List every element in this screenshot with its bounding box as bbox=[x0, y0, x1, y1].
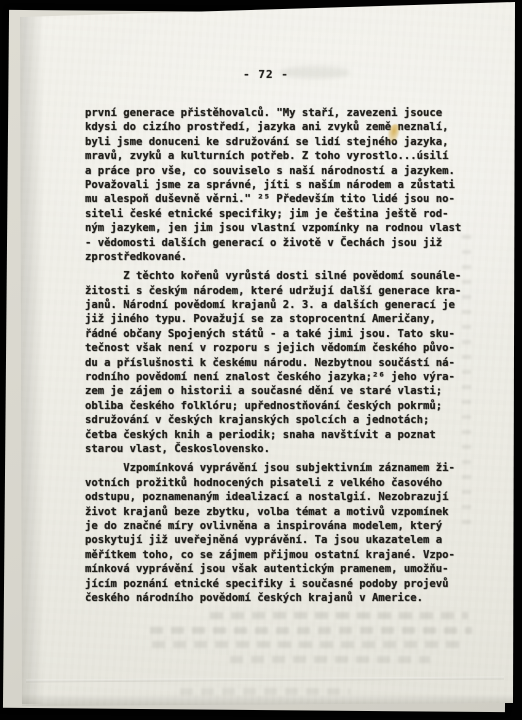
text-line: zprostředkované. bbox=[85, 250, 467, 264]
text-line: ným jazykem, jen jim jsou vlastní vzpomí… bbox=[85, 221, 467, 235]
header-smudge bbox=[280, 66, 350, 79]
text-line: sdružování v českých krajanských spolcíc… bbox=[85, 413, 467, 427]
text-line: měřítkem toho, co se zájmem přijmou osta… bbox=[85, 548, 467, 562]
paragraph: první generace přistěhovalců. "My staří,… bbox=[85, 106, 467, 264]
text-line: siteli české etnické specifiky; jim je č… bbox=[85, 207, 467, 221]
text-line: - vědomosti dalších generací o životě v … bbox=[85, 236, 467, 250]
body-text: první generace přistěhovalců. "My staří,… bbox=[85, 106, 467, 605]
bleedthrough-margin-column bbox=[462, 228, 471, 524]
text-line: rodního povědomí není znalost českého ja… bbox=[85, 370, 467, 384]
text-line: mínková vyprávění jsou však autentickým … bbox=[85, 562, 467, 576]
bleedthrough-line bbox=[210, 612, 468, 619]
text-line: byli jsme donuceni ke sdružování se lidí… bbox=[85, 135, 467, 149]
text-line: mu alespoň duševně věrni." ²⁵ Především … bbox=[85, 192, 467, 206]
text-line: votních prožitků hodnocených pisateli z … bbox=[85, 476, 467, 490]
text-line: jícím poznání etnické specifiky i součas… bbox=[85, 577, 467, 591]
text-line: starou vlast, Československo. bbox=[85, 442, 467, 456]
scan-background: - 72 - první generace přistěhovalců. "My… bbox=[0, 0, 522, 720]
text-line: již jiného typu. Považují se za stoproce… bbox=[85, 312, 467, 326]
text-line: je do značné míry ovlivněna a inspirován… bbox=[85, 519, 467, 533]
text-line: obliba českého folklóru; upřednostňování… bbox=[85, 399, 467, 413]
text-line: Vzpomínková vyprávění jsou subjektivním … bbox=[85, 461, 467, 475]
page-left-shading bbox=[18, 10, 44, 704]
text-line: Z těchto kořenů vyrůstá dosti silné pově… bbox=[85, 269, 467, 283]
text-line: českého národního povědomí českých kraja… bbox=[85, 591, 467, 605]
text-line: zem je zájem o historii a současné dění … bbox=[85, 384, 467, 398]
paragraph: Z těchto kořenů vyrůstá dosti silné pově… bbox=[85, 269, 467, 456]
text-line: žitosti s českým národem, které udržují … bbox=[85, 284, 467, 298]
paragraph: Vzpomínková vyprávění jsou subjektivním … bbox=[85, 461, 467, 605]
bleedthrough-line bbox=[180, 688, 350, 695]
paper-crease bbox=[26, 677, 504, 683]
bleedthrough-line bbox=[230, 656, 430, 663]
text-line: a práce pro vše, co souviselo s naší nár… bbox=[85, 164, 467, 178]
text-line: tečnost však není v rozporu s jejich věd… bbox=[85, 341, 467, 355]
text-line: řádné občany Spojených států - a také ji… bbox=[85, 327, 467, 341]
text-line: kdysi do cizího prostředí, jazyka ani zv… bbox=[85, 120, 467, 134]
text-line: du a příslušnosti k českému národu. Nezb… bbox=[85, 356, 467, 370]
text-line: mravů, zvyků a kulturních potřeb. Z toho… bbox=[85, 149, 467, 163]
text-line: první generace přistěhovalců. "My staří,… bbox=[85, 106, 467, 120]
text-line: odstupu, poznamenaným idealizací a nosta… bbox=[85, 490, 467, 504]
text-line: janů. Národní povědomí krajanů 2. 3. a d… bbox=[85, 298, 467, 312]
text-line: četba českých knih a periodik; snaha nav… bbox=[85, 428, 467, 442]
text-line: život krajanů beze zbytku, volba témat a… bbox=[85, 505, 467, 519]
bleedthrough-line bbox=[150, 627, 472, 634]
document-page: - 72 - první generace přistěhovalců. "My… bbox=[12, 0, 516, 710]
bleedthrough-line bbox=[152, 641, 460, 648]
text-line: Považovali jsme za správné, jíti s naším… bbox=[85, 178, 467, 192]
text-line: poskytují již uveřejněná vyprávění. Ta j… bbox=[85, 533, 467, 547]
